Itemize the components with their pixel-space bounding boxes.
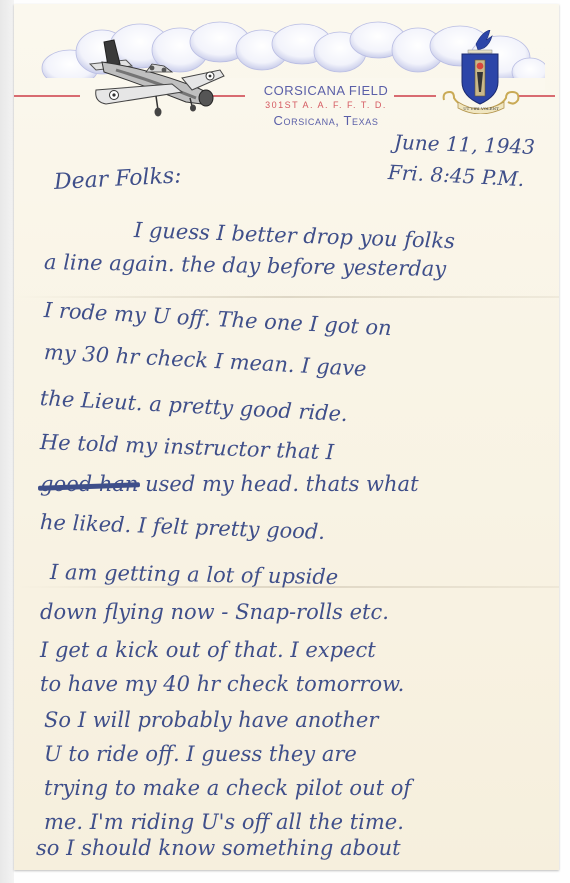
letter-line: I am getting a lot of upside	[50, 560, 339, 589]
letter-line-text: used my head. thats what	[145, 472, 418, 496]
letterhead-rule	[519, 95, 555, 97]
letter-line: me. I'm riding U's off all the time.	[44, 810, 404, 834]
letter-line: U to ride off. I guess they are	[44, 742, 357, 766]
letter-day-time: Fri. 8:45 P.M.	[387, 160, 524, 191]
letter-line: So I will probably have another	[44, 708, 378, 732]
letter-line: the Lieut. a pretty good ride.	[39, 386, 348, 426]
letter-line: I guess I better drop you folks	[134, 218, 456, 253]
letter-paper: CORSICANA FIELD 301ST A. A. F. F. T. D. …	[14, 4, 559, 870]
letter-line: good han used my head. thats what	[40, 472, 419, 496]
airplane-icon	[86, 32, 226, 118]
letterhead: CORSICANA FIELD 301ST A. A. F. F. T. D. …	[14, 4, 559, 124]
letter-scan: CORSICANA FIELD 301ST A. A. F. F. T. D. …	[0, 0, 570, 883]
letter-line: I get a kick out of that. I expect	[40, 638, 376, 662]
letter-salutation: Dear Folks:	[53, 163, 182, 195]
scan-background-strip	[0, 0, 14, 883]
letterhead-text: CORSICANA FIELD 301ST A. A. F. F. T. D. …	[236, 84, 416, 127]
paper-fold-line	[14, 296, 559, 298]
letter-line: to have my 40 hr check tomorrow.	[40, 672, 404, 696]
crest-motto: UT VIRI VOLENT	[463, 106, 499, 111]
letterhead-unit: 301ST A. A. F. F. T. D.	[236, 101, 416, 110]
letter-line: my 30 hr check I mean. I gave	[43, 340, 367, 381]
crest-emblem-icon: UT VIRI VOLENT	[438, 30, 524, 114]
letterhead-rule	[14, 95, 80, 97]
letter-line: he liked. I felt pretty good.	[40, 510, 326, 544]
letter-line: so I should know something about	[36, 836, 401, 860]
letter-line: He told my instructor that I	[40, 430, 335, 464]
letter-line: trying to make a check pilot out of	[44, 776, 411, 800]
letter-line: a line again. the day before yesterday	[44, 250, 446, 281]
letter-line: I rode my U off. The one I got on	[43, 298, 392, 340]
letterhead-title: CORSICANA FIELD	[236, 84, 416, 97]
letterhead-city: Corsicana, Texas	[236, 114, 416, 127]
letter-date: June 11, 1943	[394, 130, 536, 159]
letter-line: down flying now - Snap-rolls etc.	[40, 600, 389, 624]
struck-out-text: good han	[40, 472, 138, 496]
